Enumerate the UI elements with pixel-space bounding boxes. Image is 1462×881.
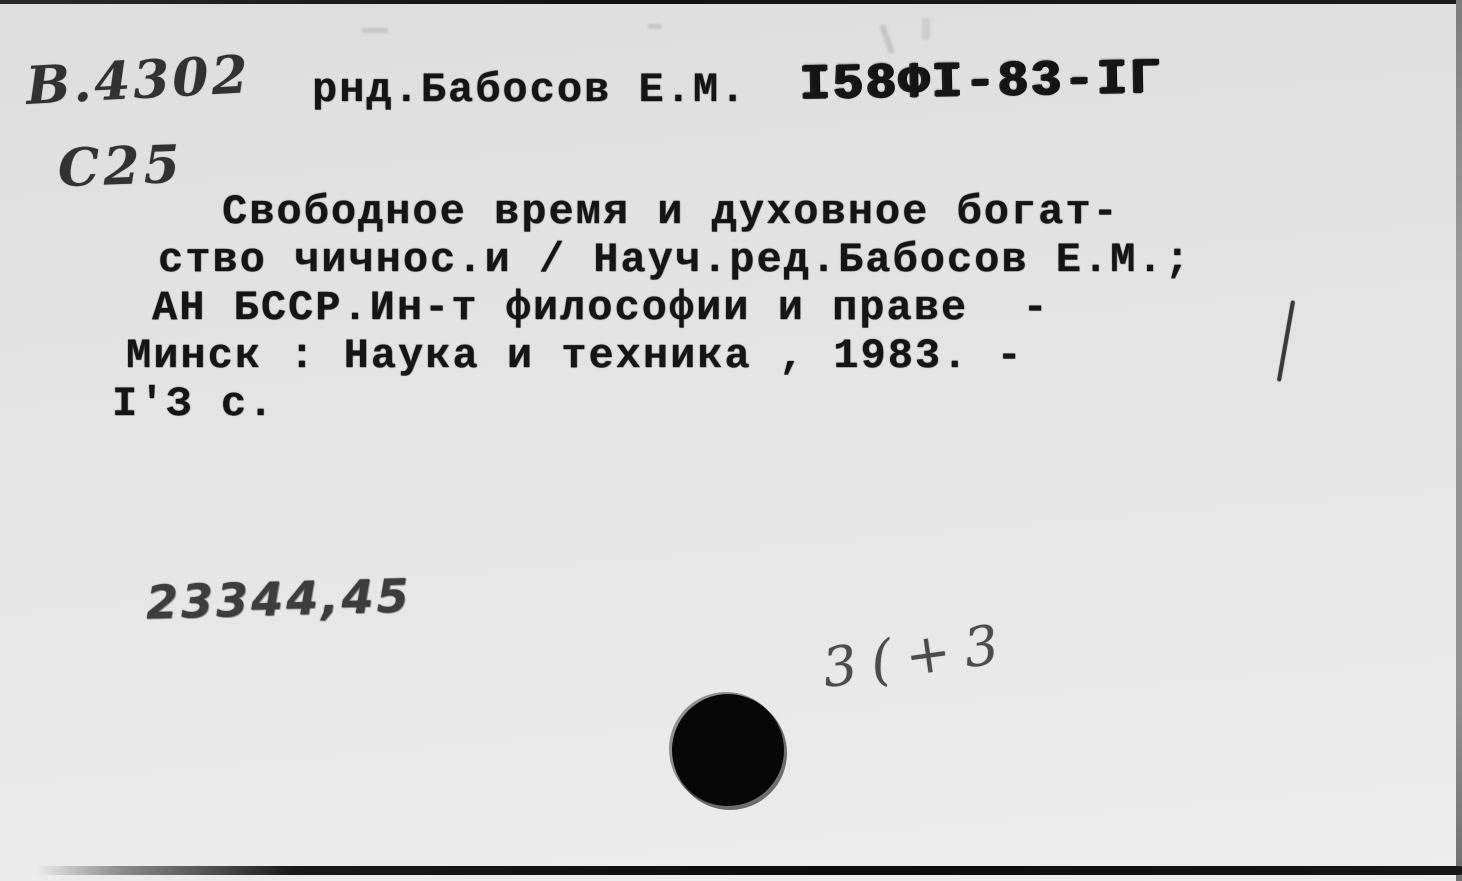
call-number-top: В.4302 <box>25 44 253 117</box>
bib-line-4: Минск : Наука и техника , 1983. - <box>112 332 1192 380</box>
bib-line-1: Свободное время и духовное богат- <box>112 188 1192 236</box>
bib-line-5: І'З с. <box>112 380 1192 428</box>
hole-punch-dot <box>672 694 784 806</box>
bibliographic-description: Свободное время и духовное богат- ство ч… <box>112 188 1192 428</box>
overstruck-catalog-code: І58ФІ-83-ІГ <box>800 51 1164 114</box>
scan-noise-speck <box>648 24 662 29</box>
scan-edge-top <box>0 0 1462 4</box>
entry-heading-line: рнд.Бабосов Е.М. <box>312 66 747 114</box>
bib-line-2: ство чичнос.и / Науч.ред.Бабосов Е.М.; <box>112 236 1192 284</box>
accession-number-stamp: 23344,45 <box>145 569 412 630</box>
scan-edge-bottom <box>36 866 1462 875</box>
scan-edge-right <box>1456 0 1462 881</box>
pencil-note: 3(+3 <box>819 611 1017 700</box>
scan-noise-speck <box>879 24 895 54</box>
bib-line-3: АН БССР.Ин-т философии и праве - <box>112 284 1192 332</box>
scan-noise-speck <box>922 18 930 40</box>
scan-noise-speck <box>362 28 388 33</box>
pen-stroke-mark <box>1277 300 1295 381</box>
catalog-card-scan: В.4302 С25 рнд.Бабосов Е.М. І58ФІ-83-ІГ … <box>0 0 1462 881</box>
